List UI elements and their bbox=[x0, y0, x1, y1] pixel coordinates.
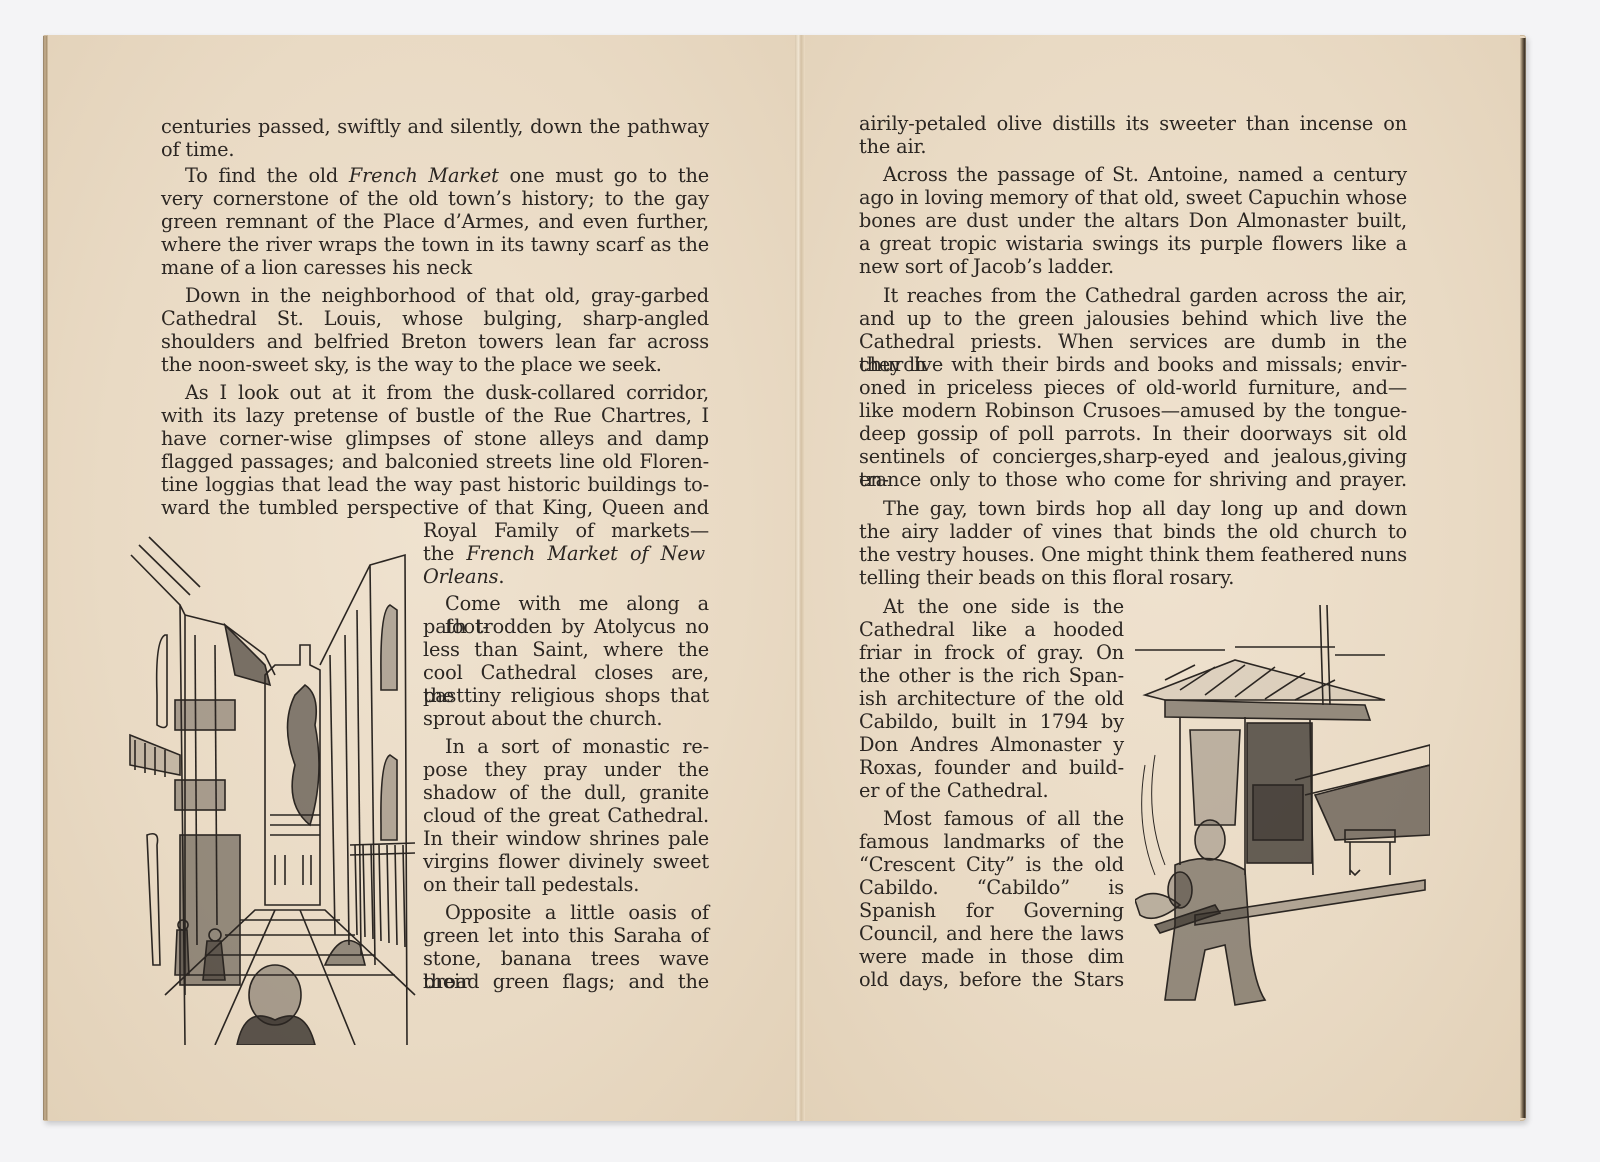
right-page-text-line: Spanish for Governing bbox=[859, 899, 1124, 922]
left-page-text-line: very cornerstone of the old town’s histo… bbox=[161, 187, 709, 210]
right-page-text-line: the other is the rich Span- bbox=[859, 664, 1124, 687]
right-page-text-line: Roxas, founder and build- bbox=[859, 756, 1124, 779]
right-page-text-line: the air. bbox=[859, 135, 931, 158]
left-page-text-line: As I look out at it from the dusk-collar… bbox=[185, 381, 709, 404]
right-page-text-line: sentinels of concierges,sharp-eyed and j… bbox=[859, 445, 1407, 468]
right-page-text-line: old days, before the Stars bbox=[859, 968, 1124, 991]
right-page-text-line: friar in frock of gray. On bbox=[859, 641, 1124, 664]
left-page-text-line: Royal Family of markets— bbox=[423, 519, 709, 542]
right-page-text-line: Cabildo, built in 1794 by bbox=[859, 710, 1124, 733]
left-page-text-line: sprout about the church. bbox=[423, 707, 677, 730]
left-page-text-line: less than Saint, where the bbox=[423, 638, 709, 661]
right-page-text-line: Don Andres Almonaster y bbox=[859, 733, 1124, 756]
left-page-text-line: In a sort of monastic re- bbox=[445, 735, 709, 758]
left-page-text-line: shadow of the dull, granite bbox=[423, 781, 709, 804]
left-page-text-line: of time. bbox=[161, 138, 241, 161]
left-page-text-line: green remnant of the Place d’Armes, and … bbox=[161, 210, 709, 233]
left-page-text-line: where the river wraps the town in its ta… bbox=[161, 233, 709, 256]
page-stack-edge-right bbox=[1520, 38, 1526, 1118]
right-page-text-line: trance only to those who come for shrivi… bbox=[859, 468, 1407, 491]
right-page-text-line: new sort of Jacob’s ladder. bbox=[859, 255, 1119, 278]
right-page-text-line: Most famous of all the bbox=[883, 807, 1124, 830]
right-page-text-line: Cathedral priests. When services are dum… bbox=[859, 330, 1407, 353]
left-page-text-line: Opposite a little oasis of bbox=[445, 901, 709, 924]
right-page-text-line: Council, and here the laws bbox=[859, 922, 1124, 945]
right-page-text-line: ago in loving memory of that old, sweet … bbox=[859, 186, 1407, 209]
left-page-text-line: flagged passages; and balconied streets … bbox=[161, 450, 709, 473]
left-page-text-line: broad green flags; and the bbox=[423, 970, 709, 993]
right-page-text-line: er of the Cathedral. bbox=[859, 779, 1069, 802]
right-page-text-line: “Crescent City” is the old bbox=[859, 853, 1124, 876]
left-page-text-line: Orleans. bbox=[423, 565, 533, 588]
right-page-text-line: a great tropic wistaria swings its purpl… bbox=[859, 232, 1407, 255]
left-page-text-line: tine loggias that lead the way past hist… bbox=[161, 473, 709, 496]
left-page-text-line: path trodden by Atolycus no bbox=[423, 615, 709, 638]
street-scene-illustration bbox=[125, 525, 417, 1045]
right-page-text-line: Cathedral like a hooded bbox=[859, 618, 1124, 641]
right-page-text-line: were made in those dim bbox=[859, 945, 1124, 968]
right-page-text-line: Cabildo. “Cabildo” is bbox=[859, 876, 1124, 899]
left-page-text-line: the noon-sweet sky, is the way to the pl… bbox=[161, 353, 675, 376]
left-page-text-line: Down in the neighborhood of that old, gr… bbox=[185, 284, 709, 307]
market-vendor-illustration bbox=[1135, 605, 1430, 1010]
left-page-text-line: green let into this Saraha of bbox=[423, 924, 709, 947]
right-page-text-line: the airy ladder of vines that binds the … bbox=[859, 520, 1407, 543]
page-stack-edge-left bbox=[43, 36, 48, 1120]
right-page-text-line: they live with their birds and books and… bbox=[859, 353, 1407, 376]
left-page-text-line: In their window shrines pale bbox=[423, 827, 709, 850]
left-page-text-line: the tiny religious shops that bbox=[423, 684, 709, 707]
left-page-text-line: Cathedral St. Louis, whose bulging, shar… bbox=[161, 307, 709, 330]
left-page-text-line: on their tall pedestals. bbox=[423, 873, 653, 896]
left-page-text-line: have corner-wise glimpses of stone alley… bbox=[161, 427, 709, 450]
right-page-text-line: bones are dust under the altars Don Almo… bbox=[859, 209, 1407, 232]
left-page-text-line: the French Market of New bbox=[423, 542, 705, 565]
left-page-text-line: shoulders and belfried Breton towers lea… bbox=[161, 330, 709, 353]
right-page-text-line: like modern Robinson Crusoes—amused by t… bbox=[859, 399, 1407, 422]
left-page-text-line: ward the tumbled perspective of that Kin… bbox=[161, 496, 709, 519]
left-page-text-line: with its lazy pretense of bustle of the … bbox=[161, 404, 709, 427]
left-page-text-line: pose they pray under the bbox=[423, 758, 709, 781]
right-page-text-line: It reaches from the Cathedral garden acr… bbox=[883, 284, 1407, 307]
left-page-text-line: To find the old French Market one must g… bbox=[185, 164, 709, 187]
booklet-spine bbox=[795, 35, 805, 1121]
left-page-text-line: cloud of the great Cathedral. bbox=[423, 804, 709, 827]
right-page-text-line: the vestry houses. One might think them … bbox=[859, 543, 1407, 566]
right-page-text-line: famous landmarks of the bbox=[859, 830, 1124, 853]
right-page-text-line: At the one side is the bbox=[883, 595, 1124, 618]
left-page-text-line: centuries passed, swiftly and silently, … bbox=[161, 115, 709, 138]
right-page-text-line: oned in priceless pieces of old-world fu… bbox=[859, 376, 1407, 399]
left-page-text-line: virgins flower divinely sweet bbox=[423, 850, 709, 873]
right-page-text-line: and up to the green jalousies behind whi… bbox=[859, 307, 1407, 330]
right-page-text-line: airily-petaled olive distills its sweete… bbox=[859, 112, 1407, 135]
right-page-text-line: ish architecture of the old bbox=[859, 687, 1124, 710]
right-page-text-line: Across the passage of St. Antoine, named… bbox=[883, 163, 1407, 186]
right-page-text-line: deep gossip of poll parrots. In their do… bbox=[859, 422, 1407, 445]
right-page-text-line: The gay, town birds hop all day long up … bbox=[883, 497, 1407, 520]
left-page-text-line: stone, banana trees wave their bbox=[423, 947, 709, 970]
left-page-text-line: Come with me along a foot- bbox=[445, 592, 709, 615]
left-page-text-line: cool Cathedral closes are, past bbox=[423, 661, 709, 684]
left-page-text-line: mane of a lion caresses his neck bbox=[161, 256, 483, 279]
right-page-text-line: telling their beads on this floral rosar… bbox=[859, 566, 1249, 589]
